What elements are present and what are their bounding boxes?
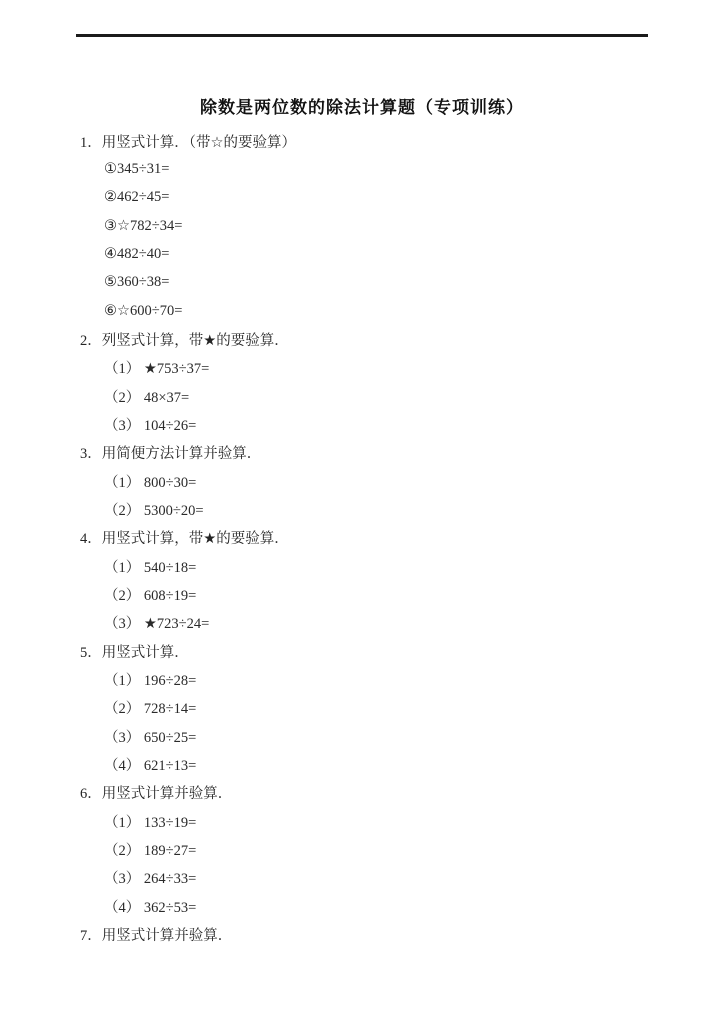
section-3-header: 3．用简便方法计算并验算．: [80, 439, 680, 467]
worksheet-body: 1．用竖式计算．（带☆的要验算） ①345÷31= ②462÷45= ③☆782…: [80, 127, 680, 949]
section-4-item-2: （2） 608÷19=: [80, 580, 680, 608]
section-5-item-3: （3） 650÷25=: [80, 722, 680, 750]
section-6-item-4: （4） 362÷53=: [80, 892, 680, 920]
section-4-item-1: （1） 540÷18=: [80, 552, 680, 580]
section-1-item-3: ③☆782÷34=: [80, 212, 680, 240]
section-1-item-4: ④482÷40=: [80, 240, 680, 268]
worksheet-page: 除数是两位数的除法计算题（专项训练） 1．用竖式计算．（带☆的要验算） ①345…: [0, 0, 724, 1024]
header-rule: [76, 34, 648, 37]
section-6-item-1: （1） 133÷19=: [80, 807, 680, 835]
section-4-header: 4．用竖式计算，带★的要验算．: [80, 524, 680, 552]
section-1-item-2: ②462÷45=: [80, 184, 680, 212]
section-2-item-1: （1） ★753÷37=: [80, 354, 680, 382]
section-1-item-6: ⑥☆600÷70=: [80, 297, 680, 325]
section-1-item-1: ①345÷31=: [80, 155, 680, 183]
section-6-item-2: （2） 189÷27=: [80, 835, 680, 863]
section-5-item-1: （1） 196÷28=: [80, 665, 680, 693]
section-1-item-5: ⑤360÷38=: [80, 269, 680, 297]
section-2-item-2: （2） 48×37=: [80, 382, 680, 410]
section-4-item-3: （3） ★723÷24=: [80, 609, 680, 637]
section-3-item-2: （2） 5300÷20=: [80, 495, 680, 523]
section-5-header: 5．用竖式计算．: [80, 637, 680, 665]
section-3-item-1: （1） 800÷30=: [80, 467, 680, 495]
section-1-header: 1．用竖式计算．（带☆的要验算）: [80, 127, 680, 155]
section-7-header: 7．用竖式计算并验算．: [80, 920, 680, 948]
page-title: 除数是两位数的除法计算题（专项训练）: [0, 93, 724, 118]
section-5-item-2: （2） 728÷14=: [80, 694, 680, 722]
section-2-header: 2．列竖式计算，带★的要验算．: [80, 325, 680, 353]
section-5-item-4: （4） 621÷13=: [80, 750, 680, 778]
section-2-item-3: （3） 104÷26=: [80, 410, 680, 438]
section-6-header: 6．用竖式计算并验算．: [80, 779, 680, 807]
section-6-item-3: （3） 264÷33=: [80, 864, 680, 892]
